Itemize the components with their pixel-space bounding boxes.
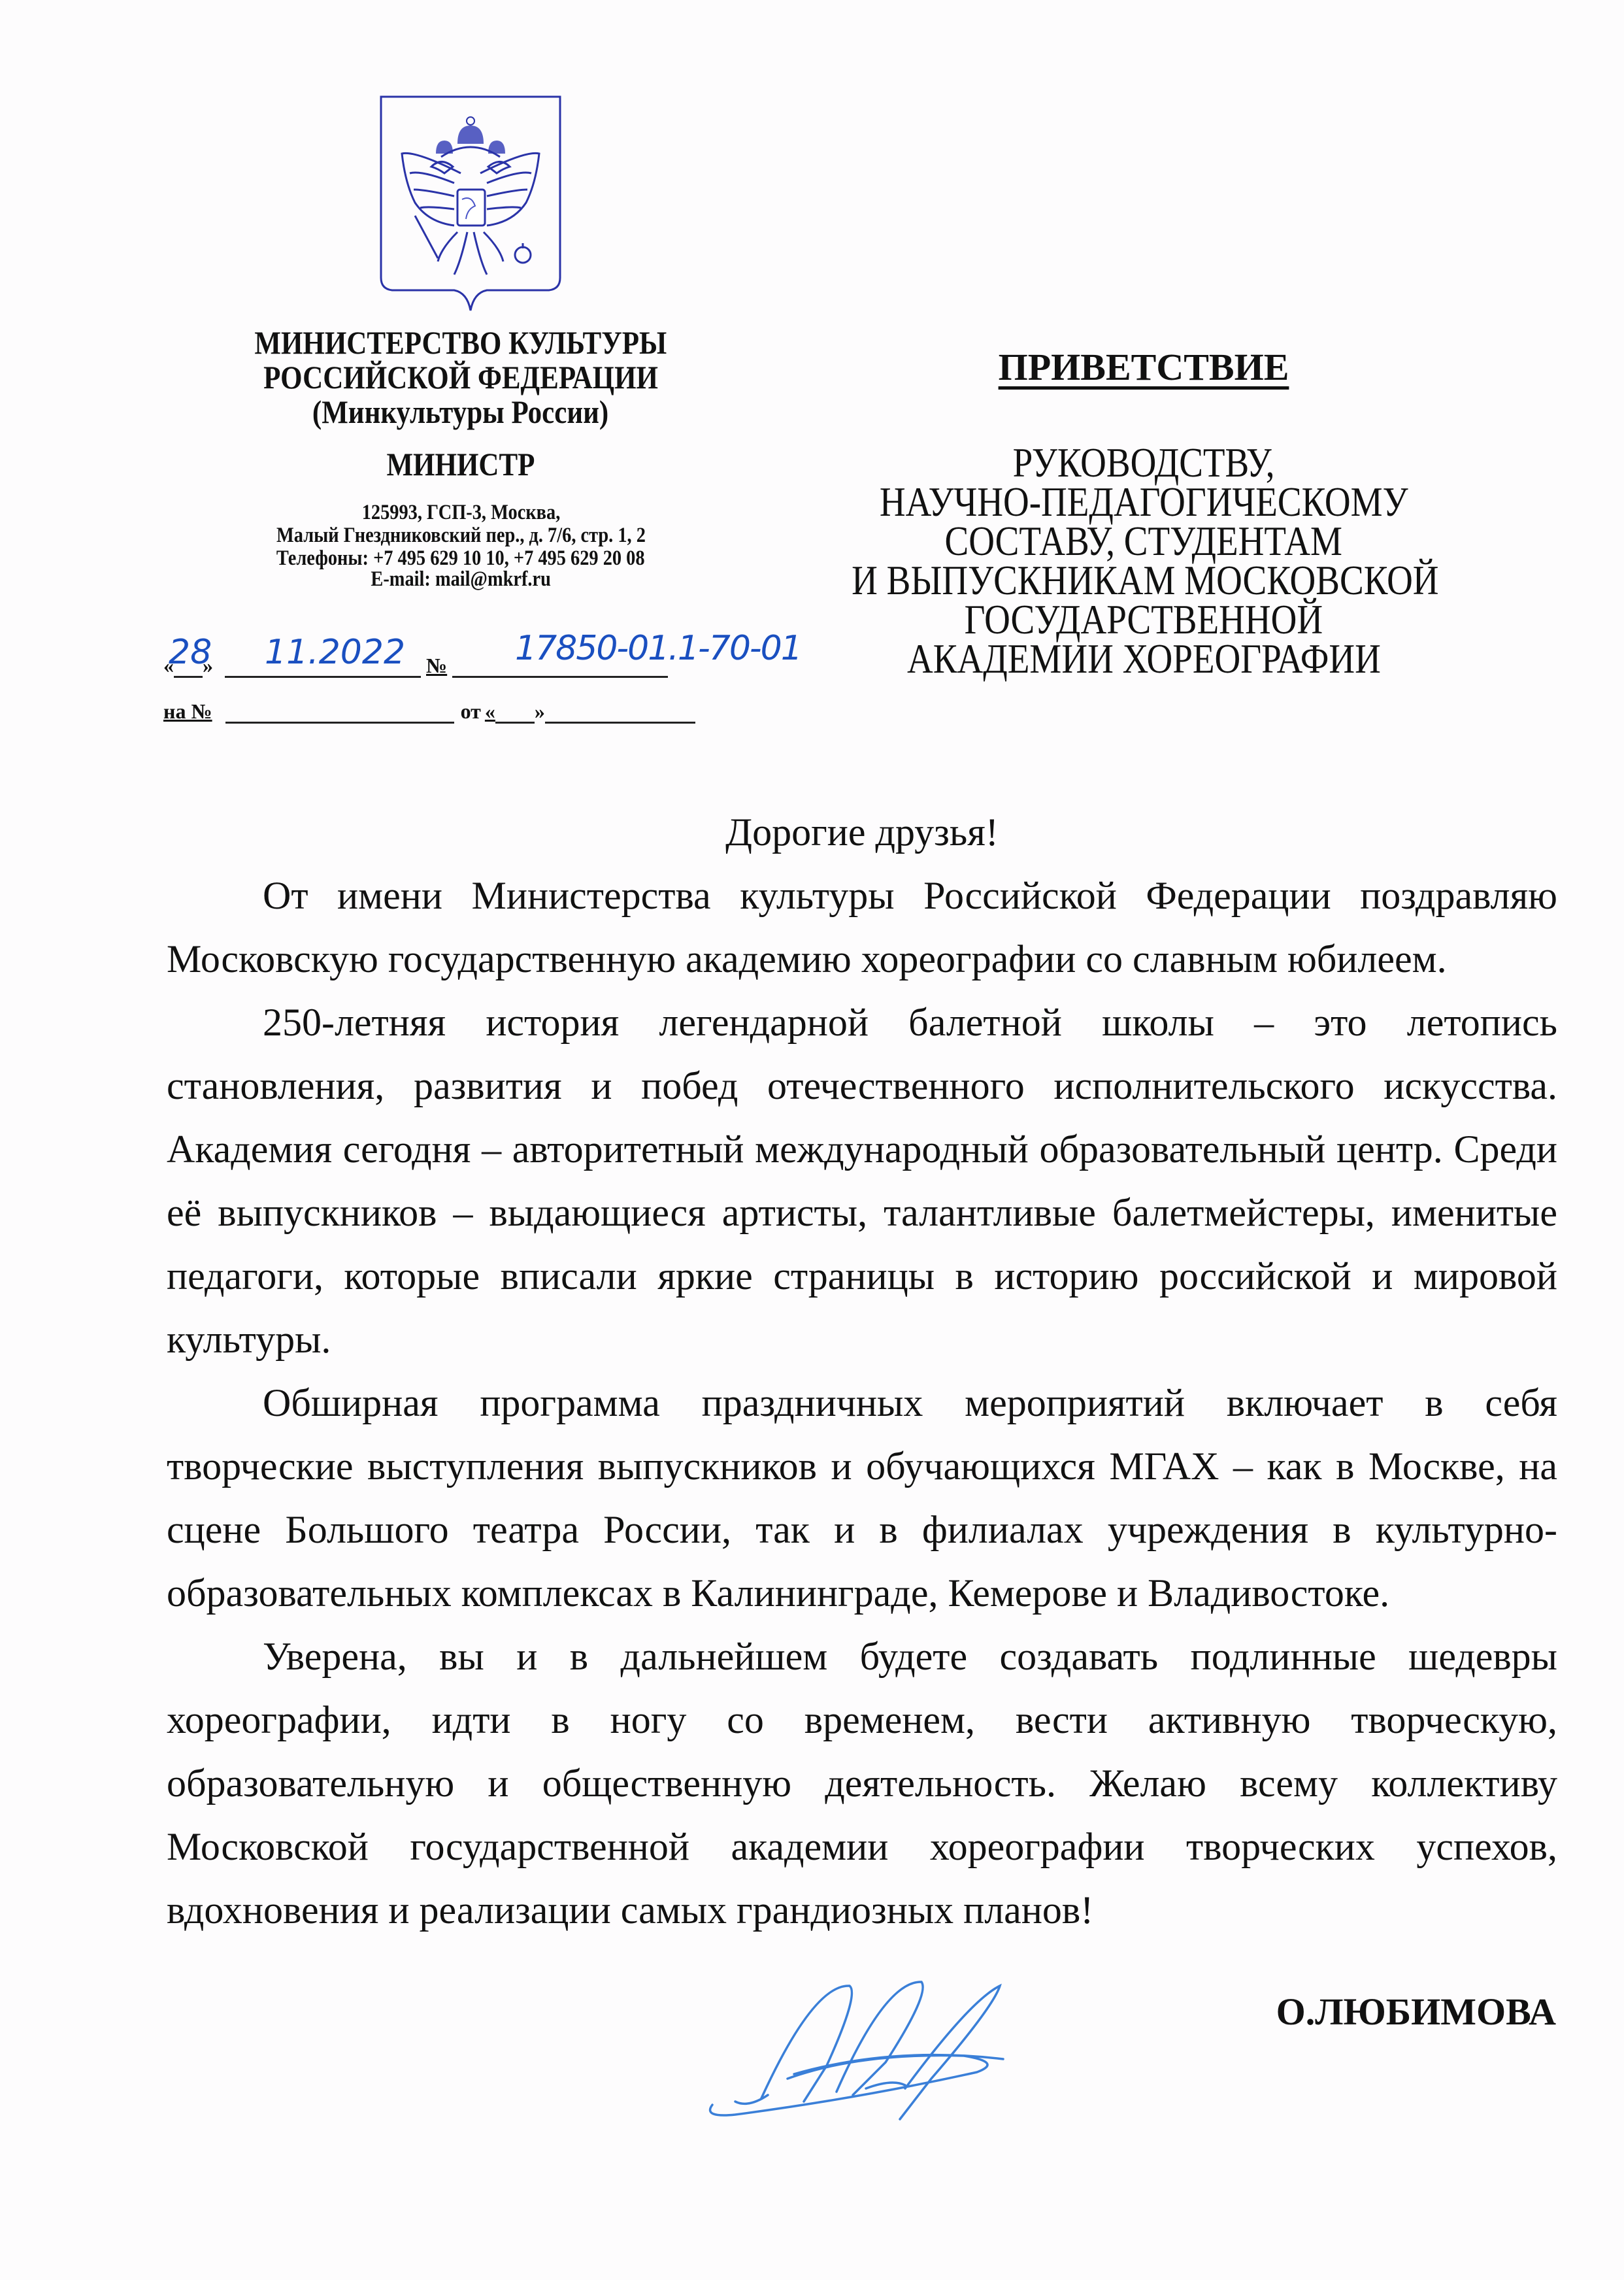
coat-of-arms-emblem [376, 92, 565, 320]
number-sign: № [426, 654, 447, 677]
address-line: Малый Гнездниковский пер., д. 7/6, стр. … [163, 524, 758, 547]
addressee-line: ГОСУДАРСТВЕННОЙ [804, 600, 1483, 639]
signer-name: О.ЛЮБИМОВА [1276, 1990, 1556, 2034]
addressee-line: РУКОВОДСТВУ, [804, 443, 1483, 482]
ministry-name-line-2: РОССИЙСКОЙ ФЕДЕРАЦИИ [163, 360, 758, 395]
paragraph-history: 250-летняя история легендарной балетной … [167, 991, 1557, 1371]
from-label: от [461, 699, 481, 723]
letterhead: МИНИСТЕРСТВО КУЛЬТУРЫ РОССИЙСКОЙ ФЕДЕРАЦ… [163, 326, 758, 588]
addressee-block: РУКОВОДСТВУ, НАУЧНО-ПЕДАГОГИЧЕСКОМУ СОСТ… [804, 443, 1483, 679]
phone-line: Телефоны: +7 495 629 10 10, +7 495 629 2… [163, 547, 758, 570]
reply-reference-row: на №от«» [163, 699, 695, 724]
email-line: E-mail: mail@mkrf.ru [163, 570, 758, 588]
paragraph-congratulation: От имени Министерства культуры Российско… [167, 864, 1557, 991]
addressee-line: НАУЧНО-ПЕДАГОГИЧЕСКОМУ [804, 482, 1483, 522]
addressee-line: И ВЫПУСКНИКАМ МОСКОВСКОЙ [804, 561, 1483, 600]
handwritten-date-day: 28 [169, 633, 212, 672]
ministry-name-line-1: МИНИСТЕРСТВО КУЛЬТУРЫ [163, 326, 758, 360]
paragraph-program: Обширная программа праздничных мероприят… [167, 1371, 1557, 1625]
handwritten-date-month-year: 11.2022 [265, 633, 405, 672]
reply-number-label: на № [163, 699, 212, 723]
address-line: 125993, ГСП-3, Москва, [163, 501, 758, 524]
salutation: Дорогие друзья! [167, 801, 1557, 864]
signer-name-text: О.ЛЮБИМОВА [1276, 1990, 1556, 2033]
paragraph-wishes: Уверена, вы и в дальнейшем будете создав… [167, 1625, 1557, 1942]
title-text: ПРИВЕТСТВИЕ [999, 346, 1289, 388]
open-quote: « [485, 699, 495, 723]
handwritten-outgoing-number: 17850-01.1-70-01 [515, 629, 801, 668]
ministry-short-name: (Минкультуры России) [163, 395, 758, 429]
letter-body: Дорогие друзья! От имени Министерства ку… [167, 801, 1557, 1942]
document-title: ПРИВЕТСТВИЕ [869, 346, 1418, 388]
addressee-line: АКАДЕМИИ ХОРЕОГРАФИИ [804, 639, 1483, 679]
close-quote: » [535, 699, 545, 723]
addressee-line: СОСТАВУ, СТУДЕНТАМ [804, 522, 1483, 561]
position-title: МИНИСТР [163, 447, 758, 482]
handwritten-signature [696, 1968, 1010, 2124]
ministry-address: 125993, ГСП-3, Москва, Малый Гнездниковс… [163, 501, 758, 588]
